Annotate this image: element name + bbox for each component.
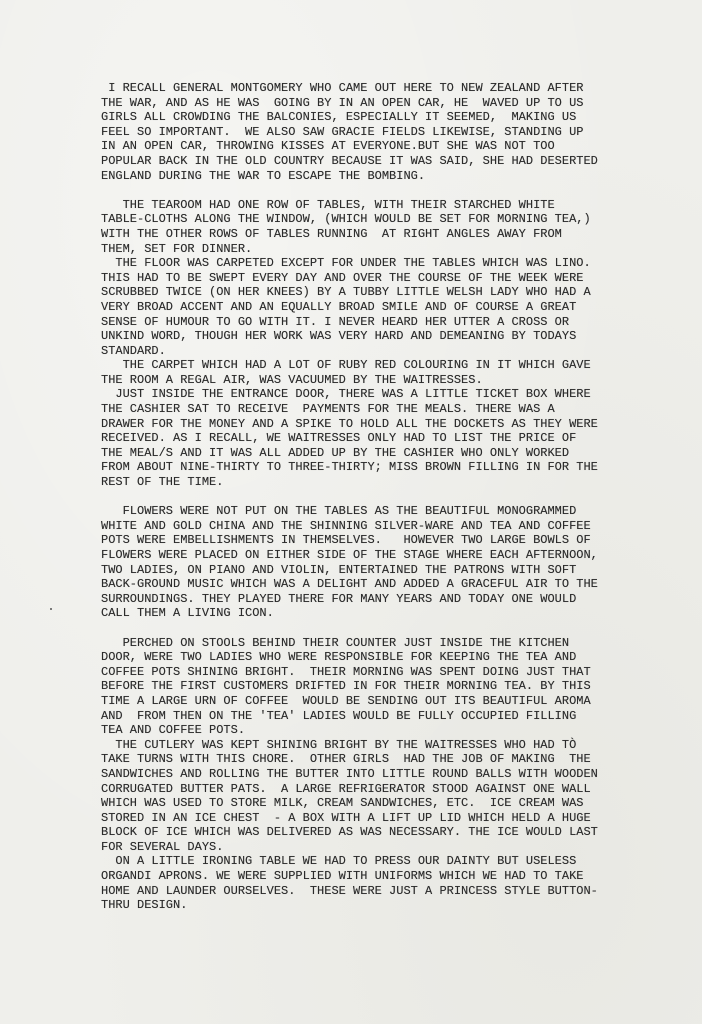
- typewritten-text-body: I RECALL GENERAL MONTGOMERY WHO CAME OUT…: [101, 81, 598, 913]
- text-line: FROM ABOUT NINE-THIRTY TO THREE-THIRTY; …: [101, 460, 598, 475]
- text-line: [101, 183, 598, 198]
- text-line: SENSE OF HUMOUR TO GO WITH IT. I NEVER H…: [101, 315, 598, 330]
- text-line: BLOCK OF ICE WHICH WAS DELIVERED AS WAS …: [101, 825, 598, 840]
- text-line: TIME A LARGE URN OF COFFEE WOULD BE SEND…: [101, 694, 598, 709]
- text-line: THE ROOM A REGAL AIR, WAS VACUUMED BY TH…: [101, 373, 598, 388]
- text-line: ENGLAND DURING THE WAR TO ESCAPE THE BOM…: [101, 169, 598, 184]
- text-line: THE FLOOR WAS CARPETED EXCEPT FOR UNDER …: [101, 256, 598, 271]
- paragraph-spacer: [101, 183, 598, 198]
- text-line: I RECALL GENERAL MONTGOMERY WHO CAME OUT…: [101, 81, 598, 96]
- text-line: IN AN OPEN CAR, THROWING KISSES AT EVERY…: [101, 139, 598, 154]
- text-line: SURROUNDINGS. THEY PLAYED THERE FOR MANY…: [101, 592, 598, 607]
- text-line: WHICH WAS USED TO STORE MILK, CREAM SAND…: [101, 796, 598, 811]
- text-line: VERY BROAD ACCENT AND AN EQUALLY BROAD S…: [101, 300, 598, 315]
- text-line: CALL THEM A LIVING ICON.: [101, 606, 598, 621]
- text-line: THE MEAL/S AND IT WAS ALL ADDED UP BY TH…: [101, 446, 598, 461]
- paragraph-entrance: JUST INSIDE THE ENTRANCE DOOR, THERE WAS…: [101, 387, 598, 489]
- paragraph-spacer: [101, 490, 598, 505]
- text-line: THE CUTLERY WAS KEPT SHINING BRIGHT BY T…: [101, 738, 598, 753]
- text-line: THEM, SET FOR DINNER.: [101, 242, 598, 257]
- text-line: TEA AND COFFEE POTS.: [101, 723, 598, 738]
- paragraph-tearoom: THE TEAROOM HAD ONE ROW OF TABLES, WITH …: [101, 198, 598, 256]
- paragraph-floor: THE FLOOR WAS CARPETED EXCEPT FOR UNDER …: [101, 256, 598, 358]
- text-line: WITH THE OTHER ROWS OF TABLES RUNNING AT…: [101, 227, 598, 242]
- paragraph-spacer: [101, 621, 598, 636]
- text-line: [101, 621, 598, 636]
- text-line: BACK-GROUND MUSIC WHICH WAS A DELIGHT AN…: [101, 577, 598, 592]
- text-line: POTS WERE EMBELLISHMENTS IN THEMSELVES. …: [101, 533, 598, 548]
- text-line: CORRUGATED BUTTER PATS. A LARGE REFRIGER…: [101, 782, 598, 797]
- paragraph-perched: PERCHED ON STOOLS BEHIND THEIR COUNTER J…: [101, 636, 598, 738]
- text-line: THRU DESIGN.: [101, 898, 598, 913]
- text-line: DOOR, WERE TWO LADIES WHO WERE RESPONSIB…: [101, 650, 598, 665]
- text-line: STORED IN AN ICE CHEST - A BOX WITH A LI…: [101, 811, 598, 826]
- paragraph-flowers: FLOWERS WERE NOT PUT ON THE TABLES AS TH…: [101, 504, 598, 621]
- stray-ink-dot: [50, 608, 52, 610]
- paragraph-ironing: ON A LITTLE IRONING TABLE WE HAD TO PRES…: [101, 854, 598, 912]
- text-line: WHITE AND GOLD CHINA AND THE SHINNING SI…: [101, 519, 598, 534]
- text-line: [101, 490, 598, 505]
- text-line: STANDARD.: [101, 344, 598, 359]
- text-line: FOR SEVERAL DAYS.: [101, 840, 598, 855]
- text-line: PERCHED ON STOOLS BEHIND THEIR COUNTER J…: [101, 636, 598, 651]
- text-line: THE WAR, AND AS HE WAS GOING BY IN AN OP…: [101, 96, 598, 111]
- text-line: AND FROM THEN ON THE 'TEA' LADIES WOULD …: [101, 709, 598, 724]
- text-line: SANDWICHES AND ROLLING THE BUTTER INTO L…: [101, 767, 598, 782]
- document-page: I RECALL GENERAL MONTGOMERY WHO CAME OUT…: [0, 0, 702, 1024]
- text-line: GIRLS ALL CROWDING THE BALCONIES, ESPECI…: [101, 110, 598, 125]
- text-line: POPULAR BACK IN THE OLD COUNTRY BECAUSE …: [101, 154, 598, 169]
- paragraph-cutlery: THE CUTLERY WAS KEPT SHINING BRIGHT BY T…: [101, 738, 598, 855]
- text-line: FEEL SO IMPORTANT. WE ALSO SAW GRACIE FI…: [101, 125, 598, 140]
- text-line: RECEIVED. AS I RECALL, WE WAITRESSES ONL…: [101, 431, 598, 446]
- text-line: DRAWER FOR THE MONEY AND A SPIKE TO HOLD…: [101, 417, 598, 432]
- text-line: ORGANDI APRONS. WE WERE SUPPLIED WITH UN…: [101, 869, 598, 884]
- text-line: SCRUBBED TWICE (ON HER KNEES) BY A TUBBY…: [101, 285, 598, 300]
- paragraph-montgomery: I RECALL GENERAL MONTGOMERY WHO CAME OUT…: [101, 81, 598, 183]
- text-line: ON A LITTLE IRONING TABLE WE HAD TO PRES…: [101, 854, 598, 869]
- text-line: HOME AND LAUNDER OURSELVES. THESE WERE J…: [101, 884, 598, 899]
- text-line: THE CARPET WHICH HAD A LOT OF RUBY RED C…: [101, 358, 598, 373]
- paragraph-carpet: THE CARPET WHICH HAD A LOT OF RUBY RED C…: [101, 358, 598, 387]
- text-line: BEFORE THE FIRST CUSTOMERS DRIFTED IN FO…: [101, 679, 598, 694]
- text-line: TABLE-CLOTHS ALONG THE WINDOW, (WHICH WO…: [101, 212, 598, 227]
- text-line: TWO LADIES, ON PIANO AND VIOLIN, ENTERTA…: [101, 563, 598, 578]
- text-line: THE CASHIER SAT TO RECEIVE PAYMENTS FOR …: [101, 402, 598, 417]
- text-line: UNKIND WORD, THOUGH HER WORK WAS VERY HA…: [101, 329, 598, 344]
- text-line: COFFEE POTS SHINING BRIGHT. THEIR MORNIN…: [101, 665, 598, 680]
- text-line: THE TEAROOM HAD ONE ROW OF TABLES, WITH …: [101, 198, 598, 213]
- text-line: REST OF THE TIME.: [101, 475, 598, 490]
- text-line: FLOWERS WERE PLACED ON EITHER SIDE OF TH…: [101, 548, 598, 563]
- text-line: FLOWERS WERE NOT PUT ON THE TABLES AS TH…: [101, 504, 598, 519]
- text-line: THIS HAD TO BE SWEPT EVERY DAY AND OVER …: [101, 271, 598, 286]
- text-line: JUST INSIDE THE ENTRANCE DOOR, THERE WAS…: [101, 387, 598, 402]
- text-line: TAKE TURNS WITH THIS CHORE. OTHER GIRLS …: [101, 752, 598, 767]
